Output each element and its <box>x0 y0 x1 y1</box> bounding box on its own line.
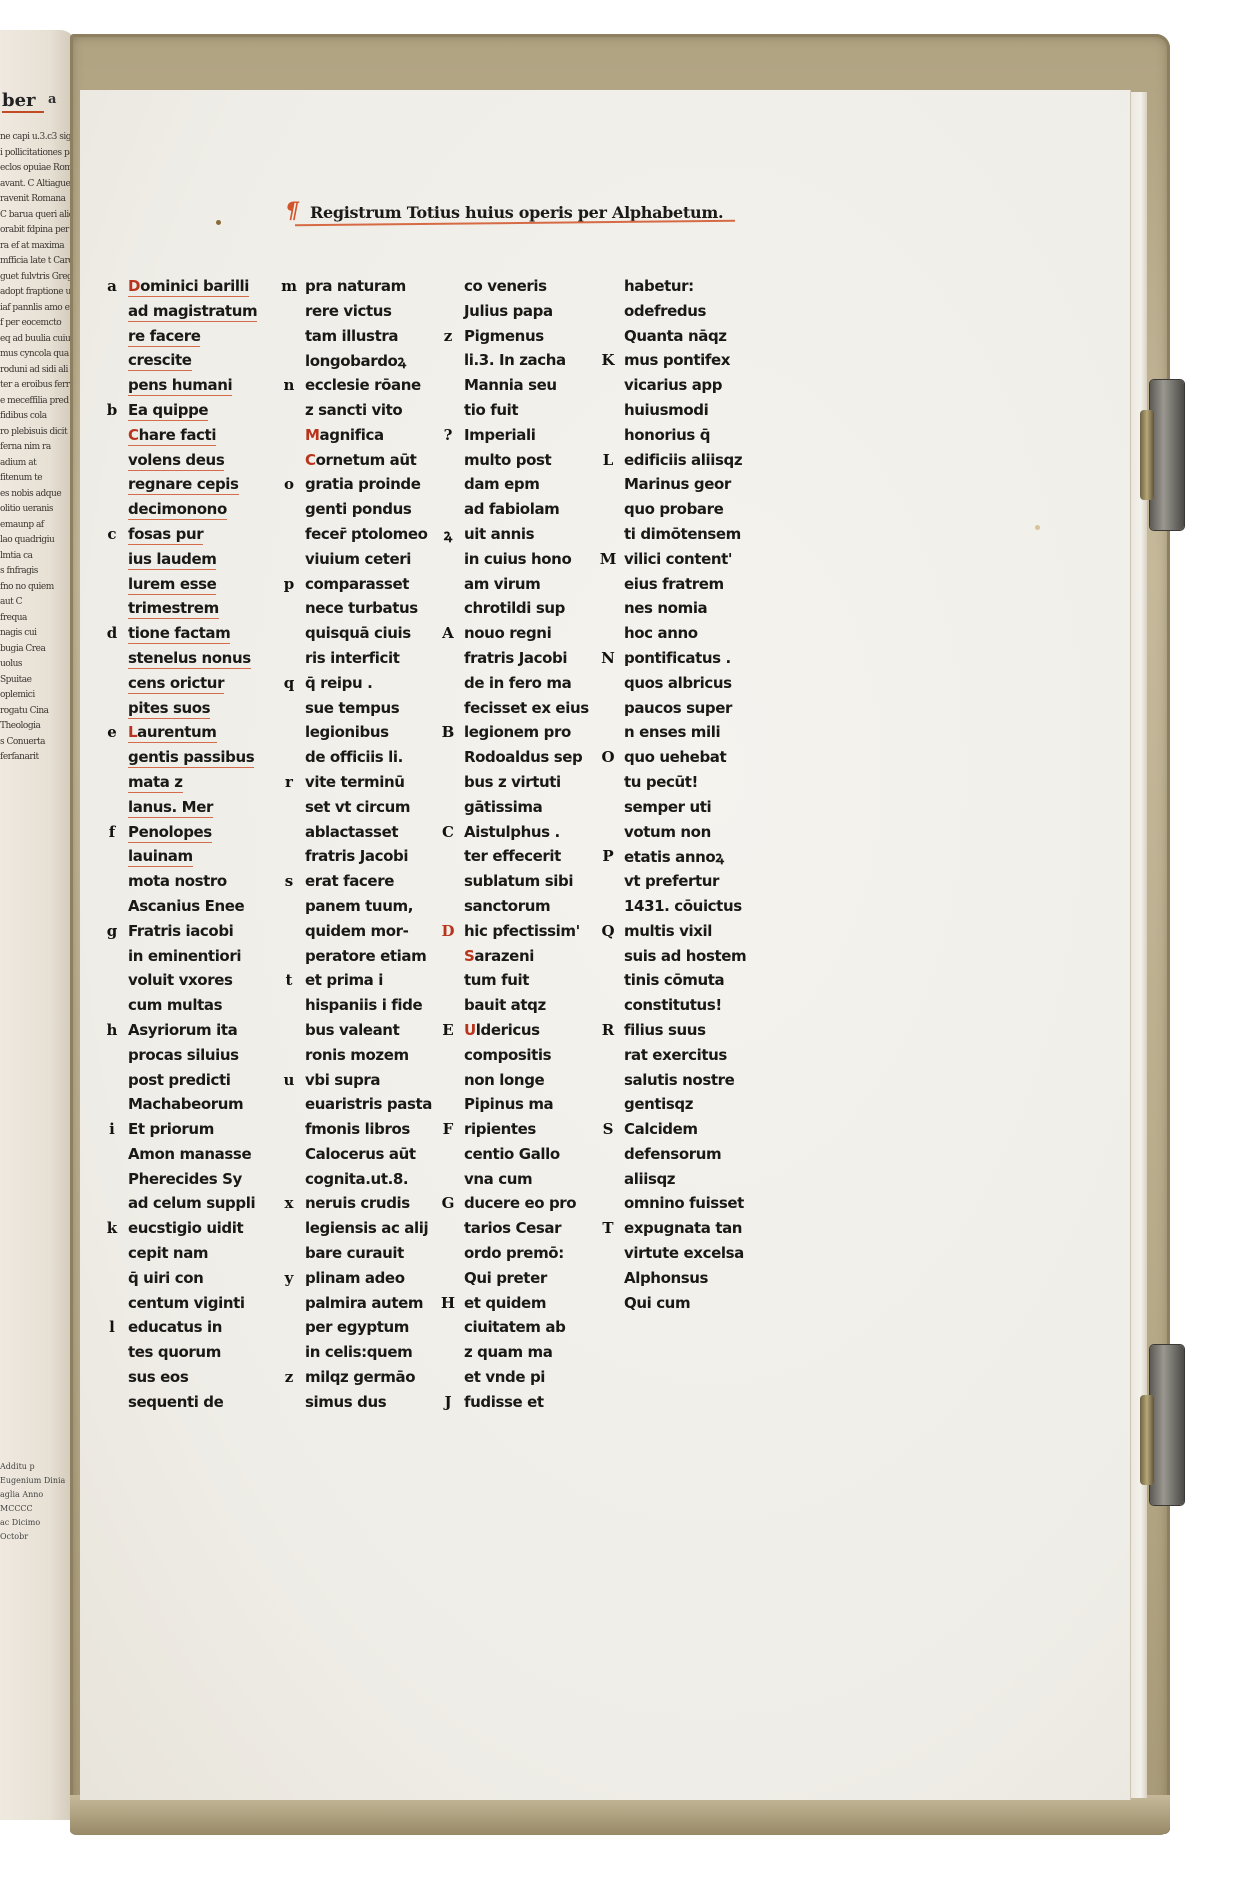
register-incipit: quidem mor- <box>305 922 408 940</box>
register-incipit: lanus. Mer <box>128 798 213 818</box>
register-incipit: vite terminū <box>305 773 405 791</box>
register-incipit: Rodoaldus sep <box>464 748 582 766</box>
left-page-line: avant. C Altiaguert <box>0 177 74 193</box>
left-page-line: bugia Crea <box>0 642 74 658</box>
register-incipit: palmira autem <box>305 1294 423 1312</box>
register-incipit: uit annis <box>464 525 534 543</box>
section-letter: z <box>277 1368 301 1386</box>
left-page-line: iaf pannlis amo er <box>0 301 74 317</box>
register-incipit: hoc anno <box>624 624 698 642</box>
left-page-line: orabit fdpina per <box>0 223 74 239</box>
register-incipit: fratris Jacobi <box>464 649 567 667</box>
register-incipit: constitutus! <box>624 996 722 1014</box>
register-incipit: vilici content' <box>624 550 732 568</box>
ink-spot <box>216 220 221 225</box>
register-incipit: sanctorum <box>464 897 550 915</box>
register-incipit: Qui preter <box>464 1269 547 1287</box>
register-incipit: tio fuit <box>464 401 518 419</box>
register-incipit: mota nostro <box>128 872 227 890</box>
register-incipit: Imperiali <box>464 426 535 444</box>
section-letter: p <box>277 575 301 593</box>
register-incipit: expugnata tan <box>624 1219 742 1237</box>
register-incipit: mus pontifex <box>624 351 730 369</box>
register-incipit: quos albricus <box>624 674 732 692</box>
register-incipit: ecclesie rōane <box>305 376 421 394</box>
left-page-line: fitenum te <box>0 471 74 487</box>
register-incipit: pra naturam <box>305 277 406 295</box>
register-incipit: tarios Cesar <box>464 1219 561 1237</box>
section-letter: c <box>100 525 124 543</box>
register-incipit: trimestrem <box>128 599 219 619</box>
register-incipit: q̄ uiri con <box>128 1269 203 1287</box>
register-incipit: vbi supra <box>305 1071 380 1089</box>
register-incipit: nouo regni <box>464 624 551 642</box>
register-incipit: Pigmenus <box>464 327 544 345</box>
left-page-colophon-line: aglia Anno MCCCC <box>0 1488 70 1516</box>
register-incipit: fmonis libros <box>305 1120 410 1138</box>
section-letter: T <box>596 1219 620 1237</box>
section-letter: x <box>277 1194 301 1212</box>
left-page-line: lao quadrigiu <box>0 533 74 549</box>
register-incipit: ablactasset <box>305 823 398 841</box>
section-letter: m <box>277 277 301 295</box>
register-incipit: educatus in <box>128 1318 222 1336</box>
left-page-line: lmtia ca <box>0 549 74 565</box>
register-incipit: ius laudem <box>128 550 216 570</box>
register-incipit: bauit atqz <box>464 996 546 1014</box>
register-incipit: post predicti <box>128 1071 231 1089</box>
left-page-line: roduni ad sidi ali <box>0 363 74 379</box>
register-incipit: in cuius hono <box>464 550 571 568</box>
register-incipit: am virum <box>464 575 540 593</box>
lower-clasp-hinge <box>1140 1395 1154 1485</box>
left-page-line: olitio ueranis <box>0 502 74 518</box>
register-incipit: cens orictur <box>128 674 224 694</box>
section-letter: O <box>596 748 620 766</box>
register-incipit: in eminentiori <box>128 947 241 965</box>
register-incipit: fosas pur <box>128 525 203 545</box>
left-page-line: ro plebisuis dicit <box>0 425 74 441</box>
left-page-line: eclos opuiae Romana <box>0 161 74 177</box>
register-incipit: lauinam <box>128 847 193 867</box>
register-incipit: ronis mozem <box>305 1046 409 1064</box>
register-incipit: legionem pro <box>464 723 571 741</box>
register-incipit: mata z <box>128 773 183 793</box>
register-incipit: etatis annoꝝ <box>624 847 724 867</box>
register-incipit: crescite <box>128 351 192 371</box>
section-letter: o <box>277 475 301 493</box>
register-incipit: multo post <box>464 451 551 469</box>
register-incipit: Ascanius Enee <box>128 897 244 915</box>
register-incipit: hispaniis i fide <box>305 996 422 1014</box>
register-incipit: genti pondus <box>305 500 411 518</box>
register-incipit: co veneris <box>464 277 547 295</box>
section-letter: P <box>596 847 620 865</box>
register-incipit: Sarazeni <box>464 947 534 965</box>
register-incipit: quisquā ciuis <box>305 624 411 642</box>
register-incipit: regnare cepis <box>128 475 239 495</box>
left-page-line: Theologia <box>0 719 74 735</box>
section-letter: E <box>436 1021 460 1039</box>
register-incipit: filius suus <box>624 1021 706 1039</box>
register-incipit: Laurentum <box>128 723 217 743</box>
register-incipit: Dominici barilli <box>128 277 249 297</box>
section-letter: J <box>436 1393 460 1411</box>
left-page-text-block: ne capi u.3.c3 sigui abbii pollicitation… <box>0 130 74 766</box>
register-incipit: ter effecerit <box>464 847 561 865</box>
left-page-line: mfficia late t Carol <box>0 254 74 270</box>
section-letter: Q <box>596 922 620 940</box>
section-letter: i <box>100 1120 124 1138</box>
register-incipit: Uldericus <box>464 1021 540 1039</box>
register-incipit: ris interficit <box>305 649 400 667</box>
recto-page <box>80 90 1130 1800</box>
left-page-line: ravenit Romana <box>0 192 74 208</box>
register-incipit: z quam ma <box>464 1343 553 1361</box>
register-incipit: et prima i <box>305 971 383 989</box>
section-letter: g <box>100 922 124 940</box>
section-letter: a <box>100 277 124 295</box>
register-incipit: bus z virtuti <box>464 773 561 791</box>
register-incipit: per egyptum <box>305 1318 409 1336</box>
register-incipit: nece turbatus <box>305 599 418 617</box>
left-page-line: oplemici <box>0 688 74 704</box>
section-letter: B <box>436 723 460 741</box>
register-incipit: fecer̄ ptolomeo <box>305 525 428 543</box>
register-incipit: 1431. cōuictus <box>624 897 742 915</box>
left-page-line: es nobis adque <box>0 487 74 503</box>
register-incipit: virtute excelsa <box>624 1244 744 1262</box>
section-letter: u <box>277 1071 301 1089</box>
section-letter: f <box>100 823 124 841</box>
register-incipit: pontificatus . <box>624 649 731 667</box>
register-incipit: Quanta nāqz <box>624 327 727 345</box>
register-incipit: Calcidem <box>624 1120 698 1138</box>
section-letter: s <box>277 872 301 890</box>
register-incipit: cognita.ut.8. <box>305 1170 408 1188</box>
register-incipit: gentisqz <box>624 1095 693 1113</box>
left-page-line: s Conuerta <box>0 735 74 751</box>
register-incipit: re facere <box>128 327 200 347</box>
left-page-line: aut C <box>0 595 74 611</box>
register-incipit: ducere eo pro <box>464 1194 576 1212</box>
register-incipit: ad magistratum <box>128 302 257 322</box>
register-incipit: z sancti vito <box>305 401 402 419</box>
register-incipit: Marinus geor <box>624 475 731 493</box>
register-incipit: Cornetum aūt <box>305 451 416 469</box>
register-incipit: gratia proinde <box>305 475 420 493</box>
register-incipit: quo uehebat <box>624 748 726 766</box>
register-incipit: Fratris iacobi <box>128 922 233 940</box>
section-letter: A <box>436 624 460 642</box>
register-incipit: lurem esse <box>128 575 216 595</box>
register-incipit: de officiis li. <box>305 748 403 766</box>
register-incipit: rat exercitus <box>624 1046 727 1064</box>
register-incipit: simus dus <box>305 1393 386 1411</box>
register-incipit: edificiis aliisqz <box>624 451 742 469</box>
section-letter: b <box>100 401 124 419</box>
register-incipit: milqz germāo <box>305 1368 415 1386</box>
section-letter: G <box>436 1194 460 1212</box>
register-incipit: sequenti de <box>128 1393 223 1411</box>
register-incipit: vt prefertur <box>624 872 719 890</box>
register-incipit: dam epm <box>464 475 539 493</box>
register-incipit: suis ad hostem <box>624 947 746 965</box>
left-page-line: frequa <box>0 611 74 627</box>
section-letter: D <box>436 922 460 940</box>
register-incipit: eucstigio uidit <box>128 1219 243 1237</box>
section-letter: d <box>100 624 124 642</box>
left-page-line: adopt fraptione ut <box>0 285 74 301</box>
register-incipit: gentis passibus <box>128 748 254 768</box>
register-incipit: tu pecūt! <box>624 773 698 791</box>
register-incipit: panem tuum, <box>305 897 413 915</box>
left-page-line: guet fulvtris Gregrio <box>0 270 74 286</box>
left-page-colophon-line: Additu p Eugenium Dinia <box>0 1460 70 1488</box>
section-letter: h <box>100 1021 124 1039</box>
left-page-line: C barua queri alique <box>0 208 74 224</box>
register-incipit: legiensis ac alij <box>305 1219 428 1237</box>
register-incipit: semper uti <box>624 798 711 816</box>
register-incipit: Machabeorum <box>128 1095 243 1113</box>
register-incipit: Alphonsus <box>624 1269 708 1287</box>
section-letter: ꝝ <box>436 525 460 545</box>
register-incipit: centio Gallo <box>464 1145 560 1163</box>
register-incipit: habetur: <box>624 277 694 295</box>
register-incipit: omnino fuisset <box>624 1194 744 1212</box>
left-page-line: nagis cui <box>0 626 74 642</box>
register-incipit: Calocerus aūt <box>305 1145 416 1163</box>
register-incipit: ciuitatem ab <box>464 1318 565 1336</box>
register-incipit: set vt circum <box>305 798 410 816</box>
register-heading-text: Registrum Totius huius operis per Alphab… <box>310 203 723 222</box>
register-incipit: sublatum sibi <box>464 872 573 890</box>
register-incipit: multis vixil <box>624 922 712 940</box>
left-page-line: i pollicitationes pau <box>0 146 74 162</box>
page-fore-edge <box>1130 92 1147 1798</box>
register-incipit: tes quorum <box>128 1343 221 1361</box>
register-incipit: q̄ reipu . <box>305 674 372 692</box>
left-page-line: ter a eroibus ferre <box>0 378 74 394</box>
register-incipit: paucos super <box>624 699 732 717</box>
register-incipit: fecisset ex eius <box>464 699 589 717</box>
section-letter: y <box>277 1269 301 1287</box>
section-letter: z <box>436 327 460 345</box>
register-incipit: non longe <box>464 1071 544 1089</box>
section-letter: q <box>277 674 301 692</box>
section-letter: e <box>100 723 124 741</box>
upper-clasp <box>1150 380 1184 530</box>
left-page-line: fno no quiem <box>0 580 74 596</box>
register-incipit: Asyriorum ita <box>128 1021 237 1039</box>
register-incipit: Aistulphus . <box>464 823 560 841</box>
left-page-line: ne capi u.3.c3 sigui abbi <box>0 130 74 146</box>
register-incipit: decimonono <box>128 500 227 520</box>
register-incipit: ti dimōtensem <box>624 525 741 543</box>
register-incipit: pites suos <box>128 699 210 719</box>
left-page-line: ferna nim ra <box>0 440 74 456</box>
left-page-line: f per eocemcto <box>0 316 74 332</box>
register-incipit: Chare facti <box>128 426 216 446</box>
left-page-line: ferfanarit <box>0 750 74 766</box>
left-page-line: ra ef at maxima <box>0 239 74 255</box>
register-incipit: viuium ceteri <box>305 550 411 568</box>
left-page-line: adium at <box>0 456 74 472</box>
register-incipit: fratris Jacobi <box>305 847 408 865</box>
register-incipit: et quidem <box>464 1294 546 1312</box>
register-incipit: salutis nostre <box>624 1071 734 1089</box>
register-incipit: sus eos <box>128 1368 188 1386</box>
register-incipit: vna cum <box>464 1170 532 1188</box>
register-incipit: Julius papa <box>464 302 553 320</box>
register-incipit: li.3. In zacha <box>464 351 566 369</box>
register-incipit: plinam adeo <box>305 1269 405 1287</box>
left-page-line: eq ad buulia cuius <box>0 332 74 348</box>
left-page-colophon: Additu p Eugenium Diniaaglia Anno MCCCCa… <box>0 1460 70 1544</box>
register-incipit: n enses mili <box>624 723 720 741</box>
register-incipit: Pherecides Sy <box>128 1170 242 1188</box>
register-incipit: tione factam <box>128 624 230 644</box>
register-incipit: pens humani <box>128 376 232 396</box>
register-incipit: Magnifica <box>305 426 384 444</box>
register-incipit: fudisse et <box>464 1393 544 1411</box>
binding-board-bottom-edge <box>70 1795 1170 1835</box>
register-incipit: stenelus nonus <box>128 649 251 669</box>
register-incipit: tinis cōmuta <box>624 971 724 989</box>
register-incipit: huiusmodi <box>624 401 708 419</box>
register-incipit: odefredus <box>624 302 706 320</box>
register-incipit: defensorum <box>624 1145 721 1163</box>
register-incipit: Qui cum <box>624 1294 690 1312</box>
register-incipit: longobardoꝝ <box>305 351 406 371</box>
register-incipit: Pipinus ma <box>464 1095 553 1113</box>
section-letter: r <box>277 773 301 791</box>
left-page-line: rogatu Cina <box>0 704 74 720</box>
left-page-line: e meceffilia pred <box>0 394 74 410</box>
register-incipit: honorius q̄ <box>624 426 710 444</box>
register-incipit: vicarius app <box>624 376 722 394</box>
register-incipit: Amon manasse <box>128 1145 251 1163</box>
register-incipit: comparasset <box>305 575 409 593</box>
section-letter: k <box>100 1219 124 1237</box>
register-incipit: Penolopes <box>128 823 212 843</box>
left-page-line: fidibus cola <box>0 409 74 425</box>
upper-clasp-hinge <box>1140 410 1154 500</box>
register-incipit: quo probare <box>624 500 723 518</box>
left-page-folio: a <box>48 92 56 107</box>
register-incipit: bus valeant <box>305 1021 399 1039</box>
left-page-line: s fnfragis <box>0 564 74 580</box>
section-letter: t <box>277 971 301 989</box>
register-incipit: de in fero ma <box>464 674 571 692</box>
register-incipit: votum non <box>624 823 711 841</box>
register-incipit: gātissima <box>464 798 542 816</box>
section-letter: n <box>277 376 301 394</box>
section-letter: M <box>596 550 620 568</box>
register-incipit: Ea quippe <box>128 401 208 421</box>
lower-clasp <box>1150 1345 1184 1505</box>
section-letter: F <box>436 1120 460 1138</box>
register-incipit: voluit vxores <box>128 971 233 989</box>
section-letter: N <box>596 649 620 667</box>
register-incipit: cum multas <box>128 996 222 1014</box>
register-incipit: in celis:quem <box>305 1343 412 1361</box>
left-page-line: uolus <box>0 657 74 673</box>
register-incipit: volens deus <box>128 451 224 471</box>
register-incipit: peratore etiam <box>305 947 426 965</box>
register-incipit: tum fuit <box>464 971 529 989</box>
register-incipit: sue tempus <box>305 699 399 717</box>
register-incipit: Et priorum <box>128 1120 214 1138</box>
section-letter: K <box>596 351 620 369</box>
register-incipit: ripientes <box>464 1120 536 1138</box>
section-letter: ? <box>436 426 460 444</box>
register-incipit: nes nomia <box>624 599 707 617</box>
register-incipit: legionibus <box>305 723 389 741</box>
paragraph-mark-icon: ¶ <box>285 198 299 224</box>
left-page-colophon-line: ac Dicimo Octobr <box>0 1516 70 1544</box>
register-incipit: ad fabiolam <box>464 500 559 518</box>
register-incipit: centum viginti <box>128 1294 245 1312</box>
register-incipit: erat facere <box>305 872 394 890</box>
register-incipit: ad celum suppli <box>128 1194 255 1212</box>
register-incipit: aliisqz <box>624 1170 675 1188</box>
register-incipit: cepit nam <box>128 1244 208 1262</box>
left-page-line: emaunp af <box>0 518 74 534</box>
section-letter: l <box>100 1318 124 1336</box>
register-incipit: et vnde pi <box>464 1368 545 1386</box>
section-letter: R <box>596 1021 620 1039</box>
section-letter: H <box>436 1294 460 1312</box>
left-page-line: Spuitae <box>0 673 74 689</box>
register-incipit: euaristris pasta <box>305 1095 432 1113</box>
register-incipit: compositis <box>464 1046 551 1064</box>
ink-spot <box>1035 525 1040 530</box>
register-incipit: chrotildi sup <box>464 599 565 617</box>
register-incipit: bare curauit <box>305 1244 404 1262</box>
register-incipit: procas siluius <box>128 1046 239 1064</box>
left-page-line: mus cyncola qua <box>0 347 74 363</box>
section-letter: C <box>436 823 460 841</box>
register-incipit: eius fratrem <box>624 575 724 593</box>
left-page-running-head: ber <box>2 90 44 113</box>
register-incipit: Mannia seu <box>464 376 557 394</box>
register-incipit: rere victus <box>305 302 392 320</box>
section-letter: L <box>596 451 620 469</box>
register-incipit: ordo premō: <box>464 1244 564 1262</box>
register-incipit: hic pfectissim' <box>464 922 580 940</box>
section-letter: S <box>596 1120 620 1138</box>
register-incipit: tam illustra <box>305 327 398 345</box>
register-incipit: neruis crudis <box>305 1194 410 1212</box>
